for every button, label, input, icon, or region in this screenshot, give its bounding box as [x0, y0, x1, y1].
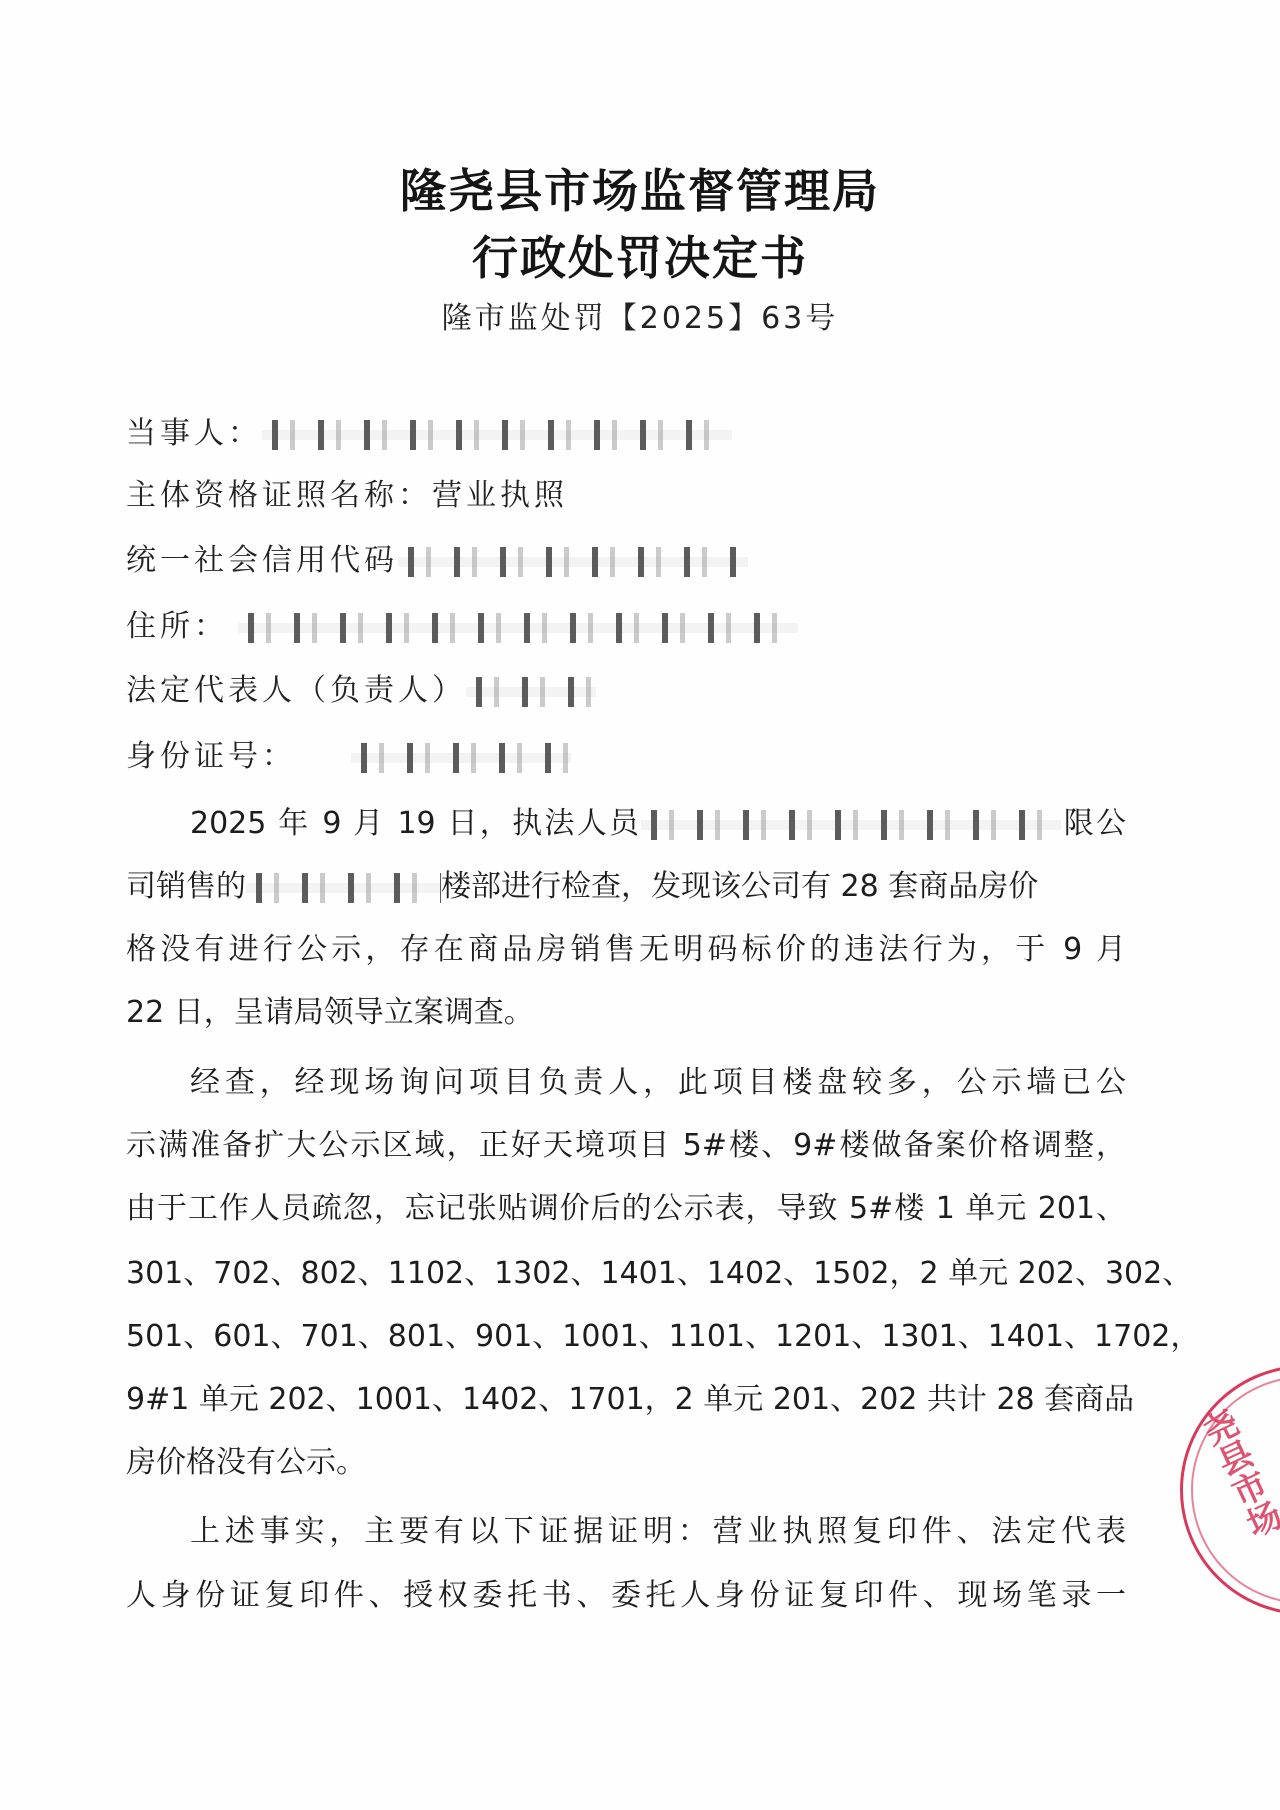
address-redacted	[238, 613, 798, 643]
paragraph-3-line-2: 人身份证复印件、授权委托书、委托人身份证复印件、现场笔录一	[126, 1570, 1126, 1614]
paragraph-2-line-6: 9#1 单元 202、1001、1402、1701，2 单元 201、202 共…	[126, 1374, 1126, 1418]
paragraph-2-line-1: 经查，经现场询问项目负责人，此项目楼盘较多，公示墙已公	[190, 1057, 1126, 1101]
party-row: 当事人：	[126, 408, 732, 452]
p1-text-c: 司销售的	[126, 869, 246, 904]
id-row: 身份证号：	[126, 731, 571, 775]
credit-code-row: 统一社会信用代码	[126, 535, 748, 579]
license-value: 营业执照	[432, 478, 568, 513]
id-redacted	[351, 743, 571, 773]
document-page: 隆尧县市场监督管理局 行政处罚决定书 隆市监处罚【2025】63号 当事人： 主…	[0, 0, 1280, 1810]
address-row: 住所：	[126, 601, 798, 645]
project-redacted	[246, 873, 441, 903]
party-label: 当事人：	[126, 416, 262, 451]
p1-text-d: 楼部进行检查，发现该公司有 28 套商品房价	[441, 869, 1038, 904]
document-number: 隆市监处罚【2025】63号	[0, 293, 1280, 337]
paragraph-2-line-7: 房价格没有公示。	[126, 1437, 1126, 1481]
credit-code-redacted	[398, 547, 748, 577]
p1-text-b: 限公	[1061, 806, 1126, 841]
address-label: 住所：	[126, 609, 228, 644]
id-label: 身份证号：	[126, 739, 296, 774]
legal-rep-row: 法定代表人（负责人）	[126, 665, 596, 709]
paragraph-2-line-4: 301、702、802、1102、1302、1401、1402、1502，2 单…	[126, 1248, 1126, 1292]
license-label: 主体资格证照名称：	[126, 478, 432, 513]
party-redacted	[262, 420, 732, 450]
document-title: 行政处罚决定书	[0, 222, 1280, 288]
paragraph-2-line-3: 由于工作人员疏忽，忘记张贴调价后的公示表，导致 5#楼 1 单元 201、	[126, 1183, 1126, 1227]
paragraph-3-line-1: 上述事实，主要有以下证据证明：营业执照复印件、法定代表	[190, 1506, 1126, 1550]
inspector-redacted	[641, 810, 1061, 840]
paragraph-1-line-2: 司销售的楼部进行检查，发现该公司有 28 套商品房价	[126, 861, 1126, 905]
paragraph-2-line-5: 501、601、701、801、901、1001、1101、1201、1301、…	[126, 1311, 1126, 1355]
paragraph-1-line-1: 2025 年 9 月 19 日，执法人员限公	[190, 798, 1126, 842]
credit-code-label: 统一社会信用代码	[126, 543, 398, 578]
legal-rep-redacted	[466, 677, 596, 707]
agency-title: 隆尧县市场监督管理局	[0, 155, 1280, 221]
paragraph-1-line-4: 22 日，呈请局领导立案调查。	[126, 987, 1126, 1031]
legal-rep-label: 法定代表人（负责人）	[126, 673, 466, 708]
paragraph-2-line-2: 示满准备扩大公示区域，正好天境项目 5#楼、9#楼做备案价格调整，	[126, 1120, 1126, 1164]
license-row: 主体资格证照名称：营业执照	[126, 470, 568, 514]
paragraph-1-line-3: 格没有进行公示，存在商品房销售无明码标价的违法行为，于 9 月	[126, 924, 1126, 968]
p1-text-a: 2025 年 9 月 19 日，执法人员	[190, 806, 641, 841]
